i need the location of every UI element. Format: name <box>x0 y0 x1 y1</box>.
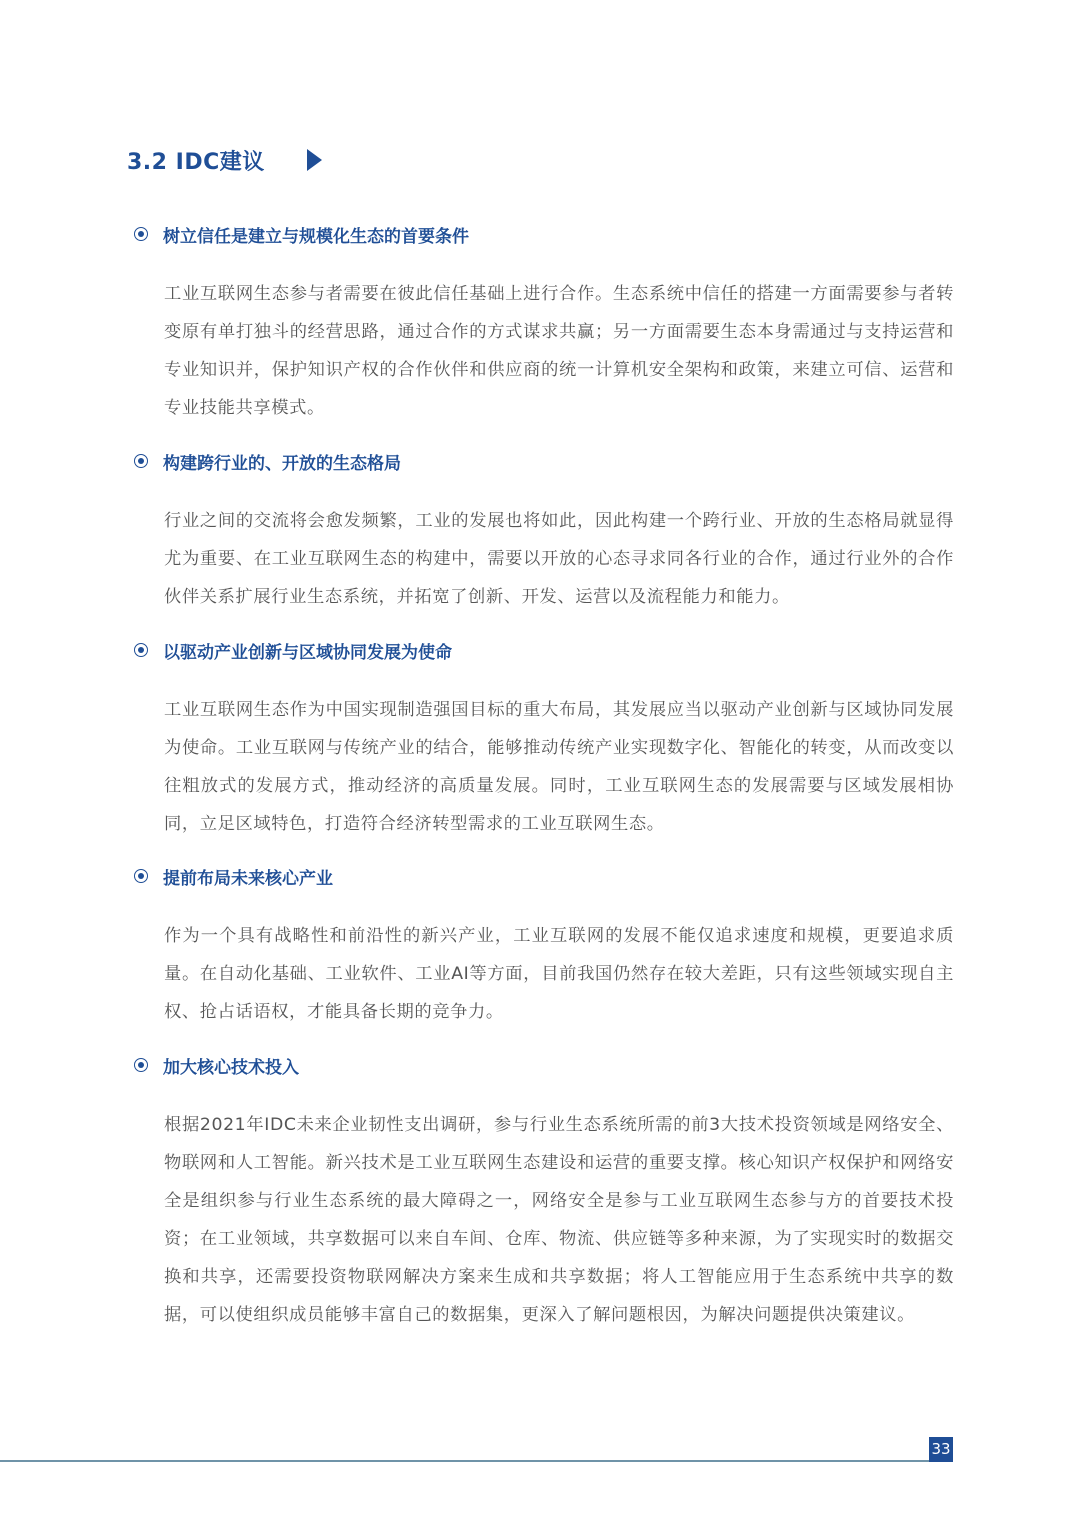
radio-bullet-icon <box>134 1058 148 1072</box>
page-number: 33 <box>929 1437 953 1462</box>
section-body: 作为一个具有战略性和前沿性的新兴产业，工业互联网的发展不能仅追求速度和规模，更要… <box>164 917 954 1031</box>
footer-divider <box>0 1460 930 1462</box>
section-heading-text: 以驱动产业创新与区域协同发展为使命 <box>163 638 452 663</box>
section-body: 根据2021年IDC未来企业韧性支出调研，参与行业生态系统所需的前3大技术投资领… <box>164 1106 954 1334</box>
section-heading-text: 构建跨行业的、开放的生态格局 <box>163 449 401 474</box>
radio-bullet-icon <box>134 227 148 241</box>
section-core-tech-investment: 加大核心技术投入 根据2021年IDC未来企业韧性支出调研，参与行业生态系统所需… <box>134 1051 964 1334</box>
section-heading: 树立信任是建立与规模化生态的首要条件 <box>134 220 964 248</box>
section-body: 行业之间的交流将会愈发频繁，工业的发展也将如此，因此构建一个跨行业、开放的生态格… <box>164 502 954 616</box>
page-title: 3.2 IDC建议 <box>127 142 322 178</box>
triangle-right-icon <box>307 149 322 171</box>
section-body: 工业互联网生态参与者需要在彼此信任基础上进行合作。生态系统中信任的搭建一方面需要… <box>164 275 954 427</box>
section-regional-innovation: 以驱动产业创新与区域协同发展为使命 工业互联网生态作为中国实现制造强国目标的重大… <box>134 636 964 843</box>
radio-bullet-icon <box>134 643 148 657</box>
section-heading: 以驱动产业创新与区域协同发展为使命 <box>134 636 964 664</box>
section-cross-industry: 构建跨行业的、开放的生态格局 行业之间的交流将会愈发频繁，工业的发展也将如此，因… <box>134 447 964 616</box>
section-future-industries: 提前布局未来核心产业 作为一个具有战略性和前沿性的新兴产业，工业互联网的发展不能… <box>134 862 964 1031</box>
section-title-text: 3.2 IDC建议 <box>127 145 265 176</box>
radio-bullet-icon <box>134 869 148 883</box>
section-heading: 提前布局未来核心产业 <box>134 862 964 890</box>
section-build-trust: 树立信任是建立与规模化生态的首要条件 工业互联网生态参与者需要在彼此信任基础上进… <box>134 220 964 427</box>
section-heading-text: 树立信任是建立与规模化生态的首要条件 <box>163 222 469 247</box>
section-heading: 构建跨行业的、开放的生态格局 <box>134 447 964 475</box>
section-heading: 加大核心技术投入 <box>134 1051 964 1079</box>
section-heading-text: 加大核心技术投入 <box>163 1053 299 1078</box>
section-heading-text: 提前布局未来核心产业 <box>163 864 333 889</box>
section-body: 工业互联网生态作为中国实现制造强国目标的重大布局，其发展应当以驱动产业创新与区域… <box>164 691 954 843</box>
radio-bullet-icon <box>134 454 148 468</box>
